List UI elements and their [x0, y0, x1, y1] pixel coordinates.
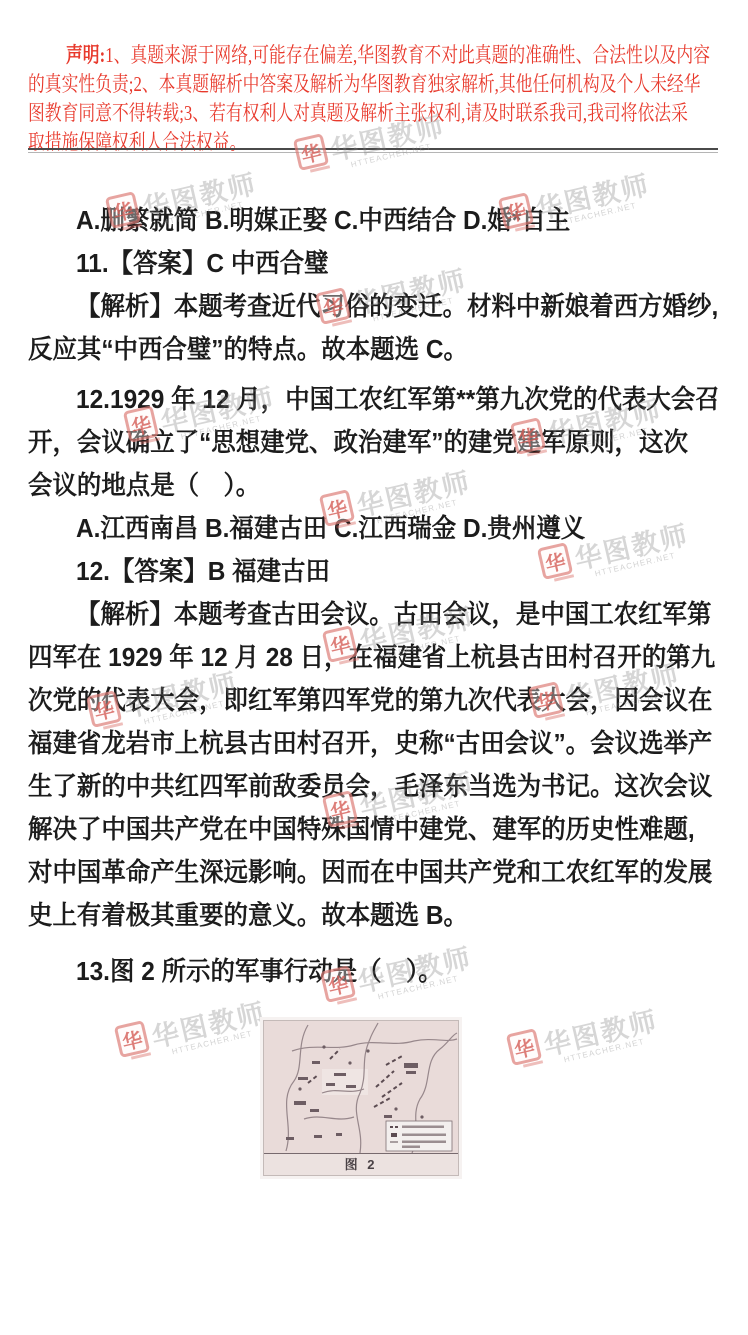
- huatu-logo-icon: 华: [506, 1028, 542, 1066]
- text-line: 12.【答案】B 福建古田: [76, 556, 330, 586]
- map-image: [264, 1021, 458, 1154]
- text-line: 对中国革命产生深远影响。因而在中国共产党和工农红军的发展: [28, 857, 712, 887]
- watermark-text: 华图教师: [149, 1000, 268, 1051]
- text-line: 生了新的中共红四军前敌委员会，毛泽东当选为书记。这次会议: [28, 771, 712, 801]
- logo-bar: [337, 997, 357, 1004]
- text-line: 12.1929 年 12 月，中国工农红军第**第九次党的代表大会召: [76, 384, 720, 414]
- figure-caption: 图 2: [264, 1153, 458, 1175]
- watermark-text: 华图教师: [572, 522, 691, 573]
- huatu-logo-icon: 华: [537, 542, 573, 580]
- text-line: 开，会议确立了“思想建党、政治建军”的建党建军原则，这次: [28, 427, 688, 457]
- disclaimer-line-2: 的真实性负责;2、本真题解析中答案及解析为华图教育独家解析,其他任何机构及个人未…: [28, 73, 700, 96]
- disclaimer-line-1: 声明:1、真题来源于网络,可能存在偏差,华图教育不对此真题的准确性、合法性以及内…: [66, 44, 710, 67]
- text-line: 11.【答案】C 中西合璧: [76, 248, 329, 278]
- text-line: 反应其“中西合璧”的特点。故本题选 C。: [28, 334, 468, 364]
- text-line: 13.图 2 所示的军事行动是（ ）。: [76, 956, 443, 986]
- map-legend: [386, 1121, 452, 1151]
- watermark-subtext: HTTEACHER.NET: [578, 547, 693, 582]
- text-line: 【解析】本题考查近代习俗的变迁。材料中新娘着西方婚纱,: [76, 291, 718, 321]
- watermark-subtext: HTTEACHER.NET: [155, 1025, 270, 1060]
- disclaimer-prefix: 声明:: [66, 43, 105, 67]
- text-line: 次党的代表大会，即红军第四军党的第九次代表大会，因会议在: [28, 685, 712, 715]
- text-line: A.删繁就简 B.明媒正娶 C.中西结合 D.婚*自主: [76, 205, 570, 235]
- logo-bar: [523, 1060, 543, 1067]
- watermark-text: 华图教师: [541, 1008, 660, 1059]
- watermark-subtext: HTTEACHER.NET: [334, 138, 449, 173]
- text-line: 解决了中国共产党在中国特殊国情中建党、建军的历史性难题,: [28, 814, 695, 844]
- logo-bar: [554, 574, 574, 581]
- document-page: 声明:1、真题来源于网络,可能存在偏差,华图教育不对此真题的准确性、合法性以及内…: [0, 0, 748, 1335]
- text-line: 福建省龙岩市上杭县古田村召开，史称“古田会议”。会议选举产: [28, 728, 712, 758]
- text-line: 【解析】本题考查古田会议。古田会议，是中国工农红军第: [76, 599, 711, 629]
- text-line: 史上有着极其重要的意义。故本题选 B。: [28, 900, 468, 930]
- text-line: 四军在 1929 年 12 月 28 日，在福建省上杭县古田村召开的第九: [28, 642, 715, 672]
- huatu-watermark: 华华图教师HTTEACHER.NET: [505, 998, 660, 1066]
- figure-map: 图 2: [263, 1020, 459, 1176]
- huatu-watermark: 华华图教师HTTEACHER.NET: [113, 990, 268, 1058]
- huatu-logo-icon: 华: [114, 1020, 150, 1058]
- logo-bar: [310, 165, 330, 172]
- divider-rule: [28, 148, 718, 153]
- text-line: A.江西南昌 B.福建古田 C.江西瑞金 D.贵州遵义: [76, 513, 585, 543]
- text-line: 会议的地点是（ ）。: [28, 470, 260, 500]
- logo-bar: [131, 1052, 151, 1059]
- watermark-subtext: HTTEACHER.NET: [547, 1033, 662, 1068]
- disclaimer-line-3: 图教育同意不得转载;3、若有权利人对真题及解析主张权利,请及时联系我司,我司将依…: [28, 102, 688, 125]
